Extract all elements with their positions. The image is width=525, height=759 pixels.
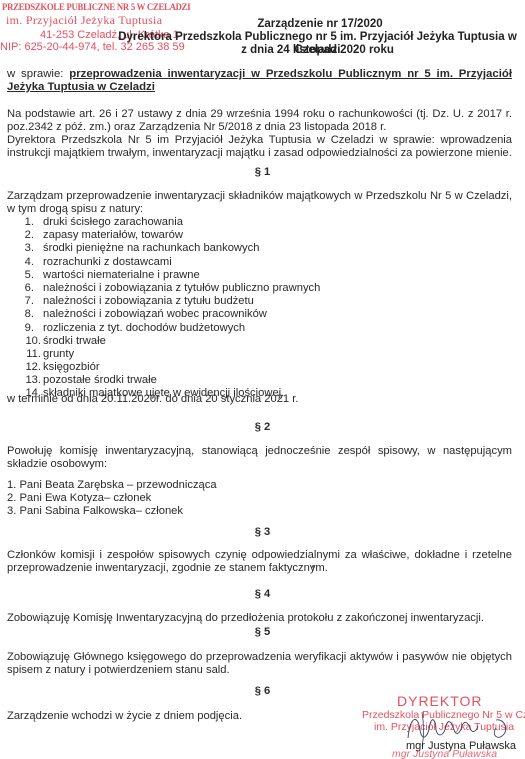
inventory-item-text: rozrachunki z dostawcami xyxy=(43,256,172,268)
inventory-item: 4.rozrachunki z dostawcami xyxy=(20,256,320,269)
inventory-item: 2.zapasy materiałów, towarów xyxy=(20,229,320,242)
inventory-items-list: 1.druki ścisłego zarachowania2.zapasy ma… xyxy=(20,216,320,401)
inventory-item-number: 5. xyxy=(20,269,34,282)
inventory-item-text: należności i zobowiązania z tytułu budże… xyxy=(43,295,254,307)
inventory-item-number: 7. xyxy=(20,295,34,308)
director-name: mgr Justyna Puławska xyxy=(406,740,516,753)
legal-basis-para1: Na podstawie art. 26 i 27 ustawy z dnia … xyxy=(7,108,512,134)
inventory-item: 1.druki ścisłego zarachowania xyxy=(20,216,320,229)
inventory-item-text: rozliczenia z tyt. dochodów budżetowych xyxy=(43,322,245,334)
inventory-item-text: grunty xyxy=(43,348,74,360)
inventory-item: 8.należności i zobowiązań wobec pracowni… xyxy=(20,308,320,321)
section-2-heading: § 2 xyxy=(0,421,525,434)
inventory-item-text: księgozbiór xyxy=(43,361,100,373)
inventory-item: 6.należności i zobowiązania z tytułów pu… xyxy=(20,282,320,295)
legal-basis-para2: Dyrektora Przedszkola Nr 5 im Przyjaciół… xyxy=(7,134,512,160)
inventory-item-number: 1. xyxy=(20,216,34,229)
inventory-item-number: 9. xyxy=(20,322,34,335)
section-5-heading: § 5 xyxy=(0,626,525,639)
document-date: z dnia 24 listopad 2020 roku xyxy=(0,44,525,57)
inventory-item-number: 3. xyxy=(20,242,34,255)
inventory-item-text: pozostałe środki trwałe xyxy=(43,374,157,386)
inventory-item-number: 4. xyxy=(20,256,34,269)
inventory-item-number: 2. xyxy=(20,229,34,242)
inventory-item-number: 12. xyxy=(20,361,41,374)
inventory-item: 11.grunty xyxy=(20,348,320,361)
section-5-body: Zobowiązuję Głównego księgowego do przep… xyxy=(7,651,512,677)
commission-members: 1. Pani Beata Zarębska – przewodnicząca … xyxy=(7,479,217,518)
inventory-item-text: należności i zobowiązań wobec pracownikó… xyxy=(43,308,267,320)
inventory-item: 7.należności i zobowiązania z tytułu bud… xyxy=(20,295,320,308)
subject-prefix: w sprawie: xyxy=(7,68,69,80)
section-1-heading: § 1 xyxy=(0,166,525,179)
inventory-item: 12.księgozbiór xyxy=(20,361,320,374)
inventory-term: w terminie od dnia 20.11.2020r. do dnia … xyxy=(7,393,512,406)
inventory-item-number: 10. xyxy=(20,335,41,348)
inventory-item: 3.środki pieniężne na rachunkach bankowy… xyxy=(20,242,320,255)
subject: w sprawie: przeprowadzenia inwentaryzacj… xyxy=(7,68,512,94)
section-3-heading: § 3 xyxy=(0,526,525,539)
inventory-item: 10.środki trwałe xyxy=(20,335,320,348)
section-2-body: Powołuję komisję inwentaryzacyjną, stano… xyxy=(7,445,512,471)
subject-text: przeprowadzenia inwentaryzacji w Przedsz… xyxy=(7,68,512,93)
section-4-body: Zobowiązuję Komisję Inwentaryzacyjną do … xyxy=(7,612,512,625)
section-3-body: Członków komisji i zespołów spisowych cz… xyxy=(7,549,512,575)
member-item: 2. Pani Ewa Kotyza– członek xyxy=(7,492,217,505)
member-item: 3. Pani Sabina Falkowska– członek xyxy=(7,505,217,518)
inventory-item-text: środki pieniężne na rachunkach bankowych xyxy=(43,242,259,254)
inventory-item-number: 6. xyxy=(20,282,34,295)
inventory-item: 5.wartości niematerialne i prawne xyxy=(20,269,320,282)
inventory-item-text: druki ścisłego zarachowania xyxy=(43,216,183,228)
section-1-intro: Zarządzam przeprowadzenie inwentaryzacji… xyxy=(7,190,512,216)
inventory-item-text: należności i zobowiązania z tytułów publ… xyxy=(43,282,320,294)
inventory-item-number: 13. xyxy=(20,374,41,387)
inventory-item-number: 11. xyxy=(20,348,41,361)
section-4-heading: § 4 xyxy=(0,588,525,601)
inventory-item: 9.rozliczenia z tyt. dochodów budżetowyc… xyxy=(20,322,320,335)
inventory-item-text: zapasy materiałów, towarów xyxy=(43,229,183,241)
member-item: 1. Pani Beata Zarębska – przewodnicząca xyxy=(7,479,217,492)
inventory-item: 13.pozostałe środki trwałe xyxy=(20,374,320,387)
inventory-item-number: 8. xyxy=(20,308,34,321)
scan-speck xyxy=(312,565,315,568)
legal-basis: Na podstawie art. 26 i 27 ustawy z dnia … xyxy=(7,108,512,160)
inventory-item-text: środki trwałe xyxy=(43,335,106,347)
inventory-item-text: wartości niematerialne i prawne xyxy=(43,269,200,281)
director-stamp-title: DYREKTOR xyxy=(397,695,483,708)
document-title: Zarządzenie nr 17/2020 xyxy=(0,18,525,31)
